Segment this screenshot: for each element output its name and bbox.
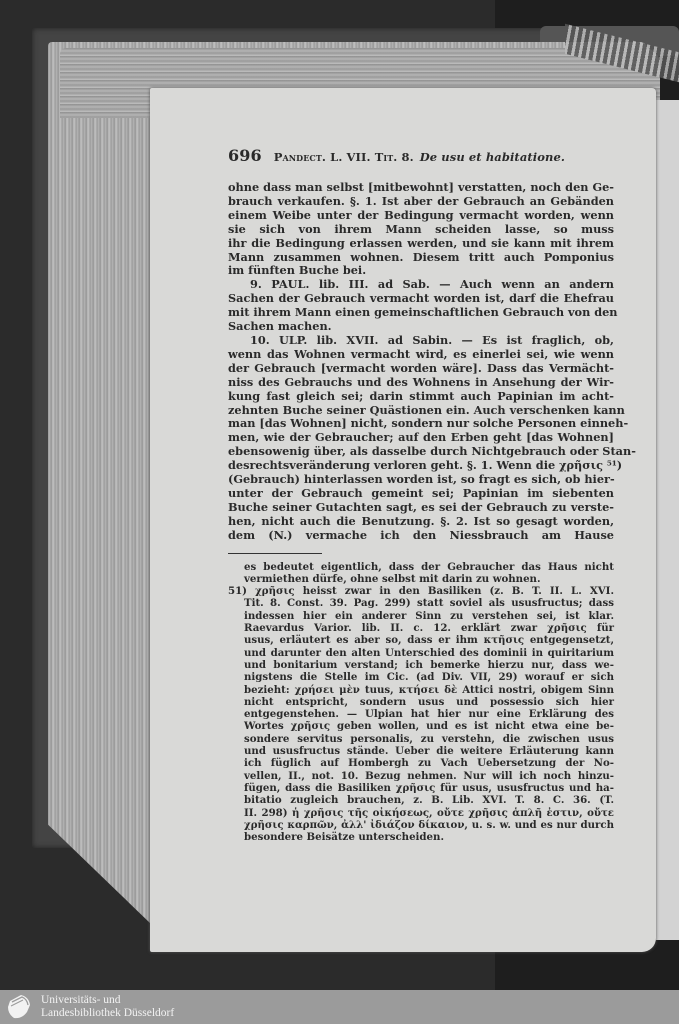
footnote-line: Tit. 8. Const. 39. Pag. 299) statt sovie… — [228, 597, 614, 609]
footnote-line: 51) χρῆσις heisst zwar in den Basiliken … — [228, 585, 614, 597]
text-line: unter der Gebrauch gemeint sei; Papinian… — [228, 487, 614, 501]
footnote-line: sondere servitus personalis, zu verstehn… — [228, 733, 614, 745]
text-line: dem (N.) vermache ich den Niessbrauch am… — [228, 529, 614, 543]
footnote-line: nicht entspricht, sondern usus und posse… — [228, 696, 614, 708]
page-content: 696 Pandect. L. VII. Tit. 8. De usu et h… — [228, 146, 614, 843]
text-line: Sachen der Gebrauch vermacht worden ist,… — [228, 292, 614, 306]
footnote-line: bezieht: χρήσει μὲν tuus, κτήσει δὲ Atti… — [228, 684, 614, 696]
institution-line-2: Landesbibliothek Düsseldorf — [41, 1007, 174, 1020]
footnote-line: indessen hier ein anderer Sinn zu verste… — [228, 610, 614, 622]
text-line: desrechtsveränderung verloren geht. §. 1… — [228, 459, 614, 473]
footnote-line: χρῆσις καρπῶν, ἀλλ' ἰδιάζον δίκαιον, u. … — [228, 819, 614, 831]
text-line: hen, nicht auch die Benutzung. §. 2. Ist… — [228, 515, 614, 529]
footnote-line: nigstens die Stelle im Cic. (ad Div. VII… — [228, 671, 614, 683]
text-line: men, wie der Gebraucher; auf den Erben g… — [228, 431, 614, 445]
library-footer: Universitäts- und Landesbibliothek Düsse… — [0, 990, 679, 1024]
footnote-divider — [228, 553, 322, 554]
text-line: man [das Wohnen] nicht, sondern nur solc… — [228, 417, 614, 431]
text-line: Sachen machen. — [228, 320, 614, 334]
page-number: 696 — [228, 146, 262, 165]
footnote-line: vellen, II., not. 10. Bezug nehmen. Nur … — [228, 770, 614, 782]
footnote-line: usus, erläutert es aber so, dass er ihm … — [228, 634, 614, 646]
text-line: einem Weibe unter der Bedingung vermacht… — [228, 209, 614, 223]
footnote-line: und bonitarium verstand; ich bemerke hie… — [228, 659, 614, 671]
text-line: kung fast gleich sei; darin stimmt auch … — [228, 390, 614, 404]
main-text: ohne dass man selbst [mitbewohnt] versta… — [228, 181, 614, 543]
footnote-line: bitatio zugleich brauchen, z. B. Lib. XV… — [228, 794, 614, 806]
footnote-line: besondere Beisätze unterscheiden. — [228, 831, 614, 843]
footnote-line: es bedeutet eigentlich, dass der Gebrauc… — [228, 561, 614, 573]
facing-page — [655, 100, 679, 940]
text-line: mit ihrem Mann einen gemeinschaftlichen … — [228, 306, 614, 320]
text-line: wenn das Wohnen vermacht wird, es einerl… — [228, 348, 614, 362]
footnote-line: Raevardus Varior. lib. II. c. 12. erklär… — [228, 622, 614, 634]
text-line: ebensowenig über, als dasselbe durch Nic… — [228, 445, 614, 459]
footnote-line: und darunter den alten Unterschied des d… — [228, 647, 614, 659]
page-header: 696 Pandect. L. VII. Tit. 8. De usu et h… — [228, 146, 614, 165]
book-logo-icon — [4, 992, 34, 1022]
running-title: De usu et habitatione. — [420, 150, 565, 164]
text-line: zehnten Buche seiner Quästionen ein. Auc… — [228, 404, 614, 418]
footnote-line: Wortes χρῆσις geben wollen, und es ist n… — [228, 720, 614, 732]
footnote-line: fügen, dass die Basiliken χρῆσις für usu… — [228, 782, 614, 794]
footnote-line: entgegenstehen. — Ulpian hat hier nur ei… — [228, 708, 614, 720]
text-line: Buche seiner Gutachten sagt, es sei der … — [228, 501, 614, 515]
text-line: sie sich von ihrem Mann scheiden lasse, … — [228, 223, 614, 237]
text-line: niss des Gebrauchs und des Wohnens in An… — [228, 376, 614, 390]
text-line: ihr die Bedingung erlassen werden, und s… — [228, 237, 614, 251]
footnotes: es bedeutet eigentlich, dass der Gebrauc… — [228, 561, 614, 844]
footnote-line: II. 298) ἡ χρῆσις τῆς οἰκήσεως, οὔτε χρῆ… — [228, 807, 614, 819]
institution-line-1: Universitäts- und — [41, 994, 174, 1007]
text-line: 9. PAUL. lib. III. ad Sab. — Auch wenn a… — [228, 278, 614, 292]
footnote-line: und ususfructus stände. Ueber die weiter… — [228, 745, 614, 757]
footnote-line: vermiethen dürfe, ohne selbst mit darin … — [228, 573, 614, 585]
text-line: im fünften Buche bei. — [228, 264, 614, 278]
institution-name: Universitäts- und Landesbibliothek Düsse… — [41, 994, 174, 1020]
text-line: brauch verkaufen. §. 1. Ist aber der Geb… — [228, 195, 614, 209]
text-line: (Gebrauch) hinterlassen worden ist, so f… — [228, 473, 614, 487]
book-page: 696 Pandect. L. VII. Tit. 8. De usu et h… — [150, 88, 656, 952]
text-line: Mann zusammen wohnen. Diesem tritt auch … — [228, 251, 614, 265]
footnote-line: ich füglich auf Hombergh zu Vach Ueberse… — [228, 757, 614, 769]
text-line: der Gebrauch [vermacht worden wäre]. Das… — [228, 362, 614, 376]
running-head: Pandect. L. VII. Tit. 8. — [274, 150, 414, 164]
text-line: ohne dass man selbst [mitbewohnt] versta… — [228, 181, 614, 195]
text-line: 10. ULP. lib. XVII. ad Sabin. — Es ist f… — [228, 334, 614, 348]
